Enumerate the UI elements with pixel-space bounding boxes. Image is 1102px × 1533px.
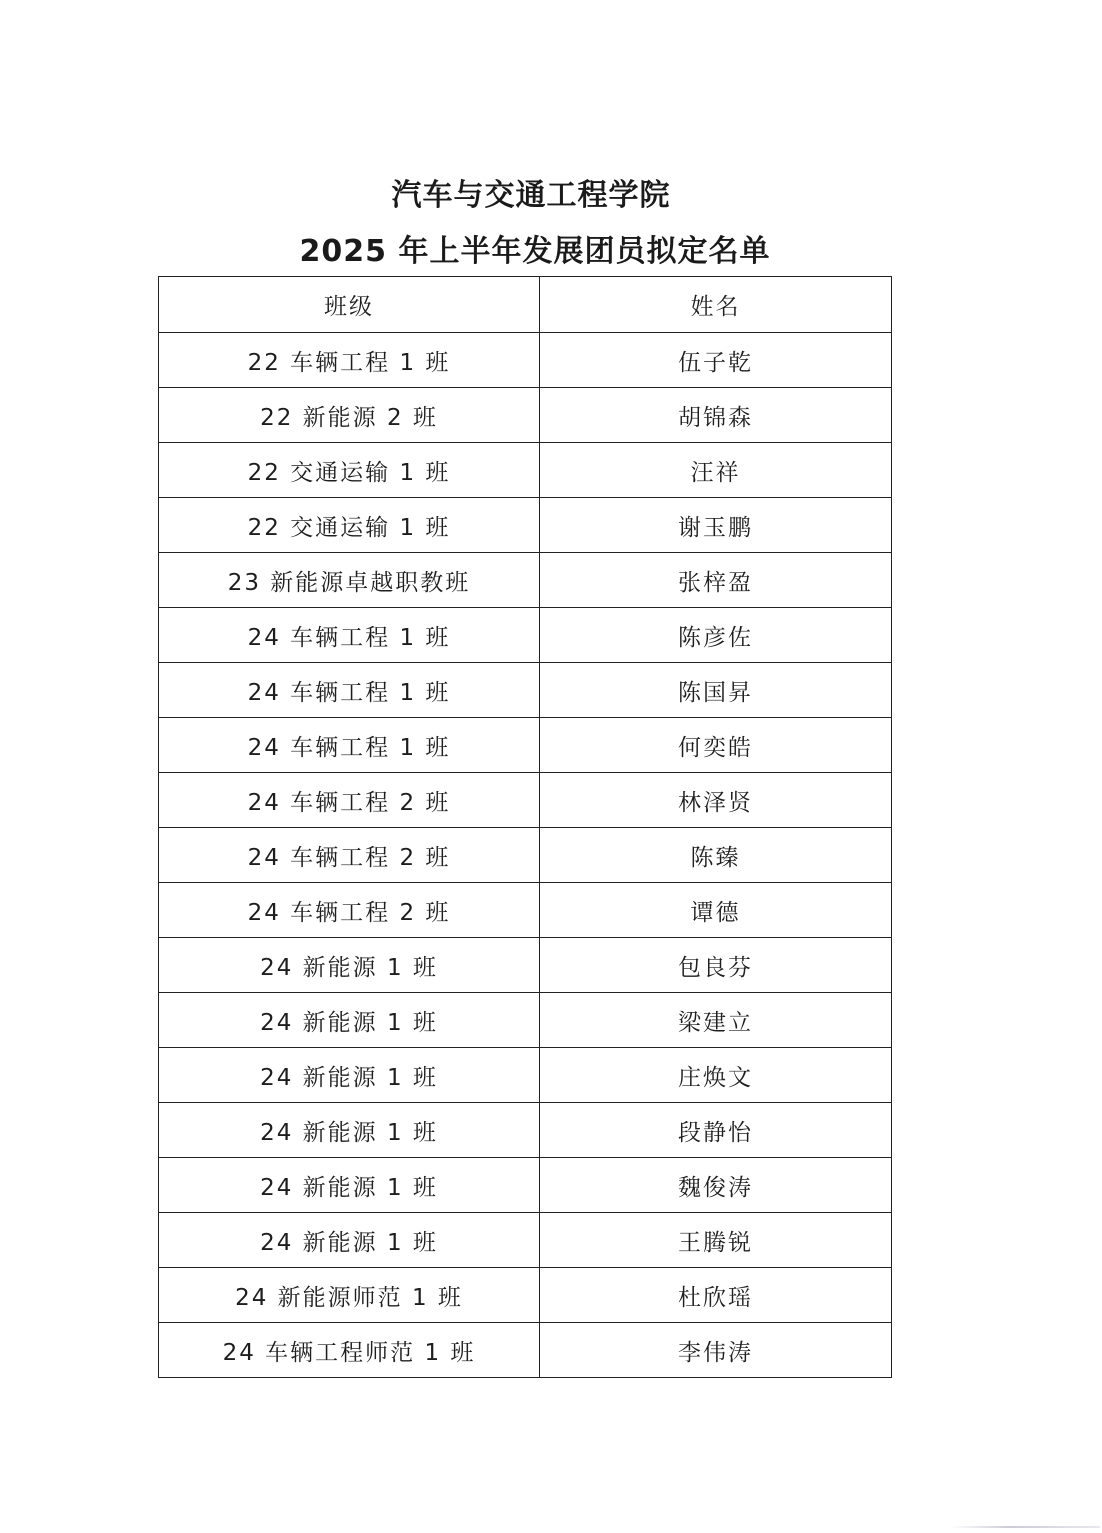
name-cell: 胡锦森: [540, 388, 892, 443]
class-cell: 24 车辆工程 1 班: [159, 718, 540, 773]
name-cell: 李伟涛: [540, 1323, 892, 1378]
table-row: 24 新能源师范 1 班 杜欣瑶: [159, 1268, 892, 1323]
table-row: 22 车辆工程 1 班 伍子乾: [159, 333, 892, 388]
table-row: 24 新能源 1 班 段静怡: [159, 1103, 892, 1158]
table-row: 24 车辆工程 2 班 林泽贤: [159, 773, 892, 828]
class-cell: 22 交通运输 1 班: [159, 498, 540, 553]
name-cell: 陈彦佐: [540, 608, 892, 663]
class-cell: 22 新能源 2 班: [159, 388, 540, 443]
class-cell: 24 车辆工程师范 1 班: [159, 1323, 540, 1378]
class-cell: 24 车辆工程 2 班: [159, 773, 540, 828]
table-row: 24 新能源 1 班 魏俊涛: [159, 1158, 892, 1213]
class-cell: 24 新能源 1 班: [159, 938, 540, 993]
class-cell: 24 新能源 1 班: [159, 1158, 540, 1213]
name-cell: 汪祥: [540, 443, 892, 498]
name-cell: 伍子乾: [540, 333, 892, 388]
class-cell: 24 车辆工程 1 班: [159, 608, 540, 663]
class-cell: 22 车辆工程 1 班: [159, 333, 540, 388]
scan-artifact-line: [950, 1526, 1100, 1528]
name-cell: 陈国昇: [540, 663, 892, 718]
name-cell: 何奕皓: [540, 718, 892, 773]
name-cell: 王腾锐: [540, 1213, 892, 1268]
class-cell: 24 车辆工程 2 班: [159, 828, 540, 883]
table-row: 24 新能源 1 班 梁建立: [159, 993, 892, 1048]
class-cell: 24 新能源 1 班: [159, 1103, 540, 1158]
name-cell: 段静怡: [540, 1103, 892, 1158]
name-cell: 包良芬: [540, 938, 892, 993]
class-cell: 24 新能源师范 1 班: [159, 1268, 540, 1323]
name-cell: 陈臻: [540, 828, 892, 883]
class-cell: 24 新能源 1 班: [159, 1213, 540, 1268]
table-row: 22 交通运输 1 班 谢玉鹏: [159, 498, 892, 553]
name-cell: 谭德: [540, 883, 892, 938]
table-row: 24 车辆工程 2 班 陈臻: [159, 828, 892, 883]
name-cell: 梁建立: [540, 993, 892, 1048]
class-cell: 24 新能源 1 班: [159, 993, 540, 1048]
table-row: 24 新能源 1 班 王腾锐: [159, 1213, 892, 1268]
column-header-name: 姓名: [540, 277, 892, 333]
table-header-row: 班级 姓名: [159, 277, 892, 333]
class-cell: 22 交通运输 1 班: [159, 443, 540, 498]
class-cell: 24 新能源 1 班: [159, 1048, 540, 1103]
name-cell: 张梓盈: [540, 553, 892, 608]
name-cell: 庄焕文: [540, 1048, 892, 1103]
table-row: 23 新能源卓越职教班 张梓盈: [159, 553, 892, 608]
name-cell: 魏俊涛: [540, 1158, 892, 1213]
name-cell: 杜欣瑶: [540, 1268, 892, 1323]
document-title-college: 汽车与交通工程学院: [0, 170, 1062, 214]
table-row: 24 车辆工程 1 班 陈国昇: [159, 663, 892, 718]
table-row: 24 新能源 1 班 庄焕文: [159, 1048, 892, 1103]
table-row: 24 新能源 1 班 包良芬: [159, 938, 892, 993]
document-page: 汽车与交通工程学院 2025 年上半年发展团员拟定名单 班级 姓名 22 车辆工…: [0, 0, 1102, 1533]
class-cell: 23 新能源卓越职教班: [159, 553, 540, 608]
document-title-list: 2025 年上半年发展团员拟定名单: [0, 226, 1070, 270]
table-row: 22 交通运输 1 班 汪祥: [159, 443, 892, 498]
table-row: 24 车辆工程 1 班 何奕皓: [159, 718, 892, 773]
table-row: 24 车辆工程 2 班 谭德: [159, 883, 892, 938]
name-cell: 谢玉鹏: [540, 498, 892, 553]
column-header-class: 班级: [159, 277, 540, 333]
class-cell: 24 车辆工程 1 班: [159, 663, 540, 718]
table-row: 24 车辆工程师范 1 班 李伟涛: [159, 1323, 892, 1378]
table-row: 22 新能源 2 班 胡锦森: [159, 388, 892, 443]
name-cell: 林泽贤: [540, 773, 892, 828]
class-cell: 24 车辆工程 2 班: [159, 883, 540, 938]
table-row: 24 车辆工程 1 班 陈彦佐: [159, 608, 892, 663]
member-roster-table: 班级 姓名 22 车辆工程 1 班 伍子乾 22 新能源 2 班 胡锦森 22 …: [158, 276, 892, 1378]
